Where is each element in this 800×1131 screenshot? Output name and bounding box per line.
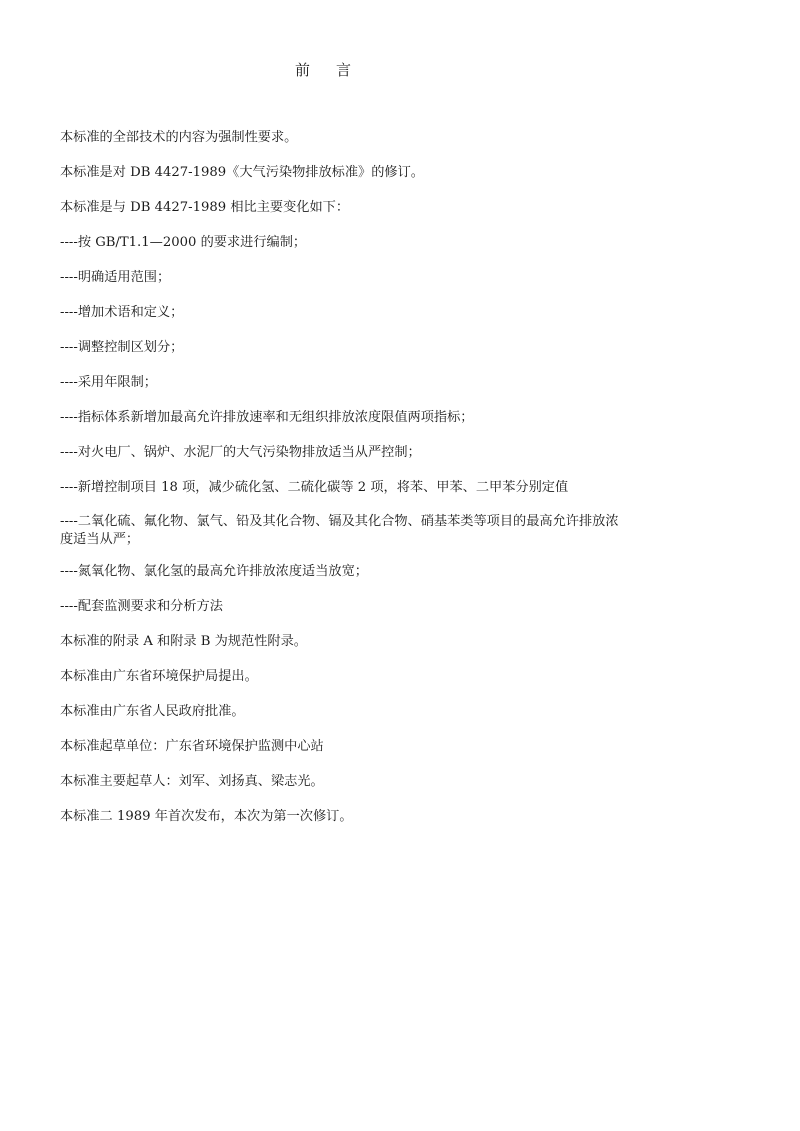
change-item: ----配套监测要求和分析方法 [60,597,620,617]
paragraph-release-history: 本标准二 1989 年首次发布，本次为第一次修订。 [60,807,620,827]
paragraph-appendix-note: 本标准的附录 A 和附录 B 为规范性附录。 [60,632,620,652]
paragraph-proposed-by: 本标准由广东省环境保护局提出。 [60,667,620,687]
paragraph-approved-by: 本标准由广东省人民政府批准。 [60,702,620,722]
paragraph-revision-of: 本标准是对 DB 4427-1989《大气污染物排放标准》的修订。 [60,163,620,183]
paragraph-main-changes-intro: 本标准是与 DB 4427-1989 相比主要变化如下： [60,198,620,218]
change-item: ----增加术语和定义； [60,303,620,323]
paragraph-drafting-unit: 本标准起草单位：广东省环境保护监测中心站 [60,737,620,757]
change-item: ----新增控制项目 18 项，减少硫化氢、二硫化碳等 2 项，将苯、甲苯、二甲… [60,478,620,498]
change-item: ----二氧化硫、氟化物、氯气、铅及其化合物、镉及其化合物、硝基苯类等项目的最高… [60,513,620,549]
change-item: ----对火电厂、锅炉、水泥厂的大气污染物排放适当从严控制； [60,443,620,463]
change-item: ----指标体系新增加最高允许排放速率和无组织排放浓度限值两项指标； [60,408,620,428]
page-title: 前言 [0,60,672,80]
change-item: ----按 GB/T1.1—2000 的要求进行编制； [60,233,620,253]
change-item: ----调整控制区划分； [60,338,620,358]
change-item: ----明确适用范围； [60,268,620,288]
foreword-body: 本标准的全部技术的内容为强制性要求。 本标准是对 DB 4427-1989《大气… [60,128,620,842]
change-item: ----氮氧化物、氯化氢的最高允许排放浓度适当放宽； [60,562,620,582]
paragraph-drafters: 本标准主要起草人：刘军、刘扬真、梁志光。 [60,772,620,792]
document-page: 前言 本标准的全部技术的内容为强制性要求。 本标准是对 DB 4427-1989… [0,0,800,1131]
paragraph-mandatory-requirement: 本标准的全部技术的内容为强制性要求。 [60,128,620,148]
change-item: ----采用年限制； [60,373,620,393]
